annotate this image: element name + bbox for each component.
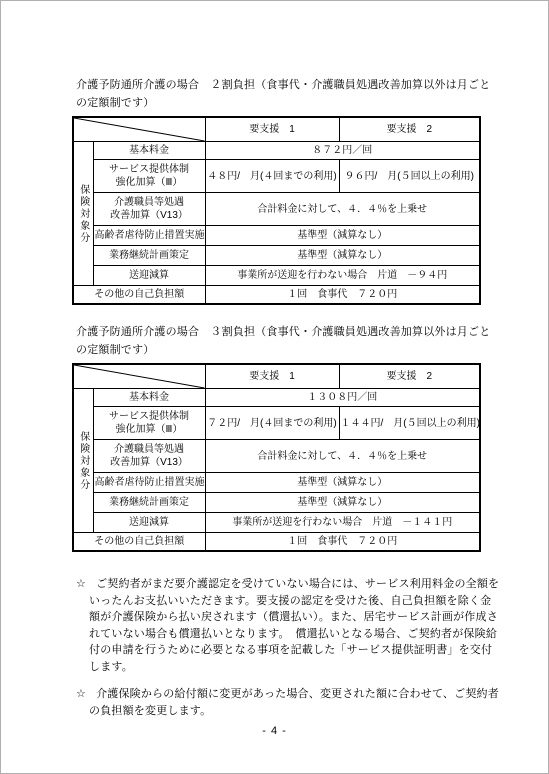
page-number: - 4 -	[1, 725, 548, 737]
row-label-line2: 強化加算（Ⅲ）	[95, 176, 204, 189]
diagonal-line	[74, 365, 205, 388]
row-label-service-kasan: サービス提供体制 強化加算（Ⅲ）	[93, 160, 205, 193]
cell-service-kasan-yoshien2: ９６円/ 月(５回以上の利用)	[339, 160, 480, 193]
col-header-yoshien1: 要支援 1	[205, 364, 339, 389]
star-icon: ☆	[76, 688, 86, 700]
table-row: 介護職員等処遇 改善加算（V13） 合計料金に対して、４．４％を上乗せ	[73, 440, 480, 473]
cell-bcp-value: 基準型（減算なし）	[205, 493, 480, 513]
page-content: 介護予防通所介護の場合 ２割負担（食事代・介護職員処遇改善加算以外は月ごとの定額…	[1, 1, 548, 719]
cell-other-cost-value: １回 食事代 ７２０円	[205, 286, 480, 305]
col-header-yoshien1: 要支援 1	[205, 117, 339, 142]
row-label-service-kasan: サービス提供体制 強化加算（Ⅲ）	[93, 407, 205, 440]
row-label-line1: 介護職員等処遇	[95, 443, 204, 456]
row-label-gyakutai-boushi: 高齢者虐待防止措置実施	[93, 473, 205, 493]
cell-service-kasan-yoshien1: ７２円/ 月(４回までの利用)	[205, 407, 339, 440]
diagonal-line	[74, 118, 205, 141]
fee-table-3wari: 要支援 1 要支援 2 保険対象分 基本料金 １３０８円／回 サービス提供体制 …	[72, 363, 481, 552]
cell-sougei-gensan-value: 事業所が送迎を行わない場合 片道 －９４円	[205, 266, 480, 286]
row-label-other-cost: その他の自己負担額	[73, 533, 205, 552]
footnote-benefit-change: ☆介護保険からの給付額に変更があった場合、変更された額に合わせて、ご契約者の負担…	[76, 686, 500, 719]
row-label-line2: 強化加算（Ⅲ）	[95, 423, 204, 436]
table-row: サービス提供体制 強化加算（Ⅲ） ４８円/ 月(４回までの利用) ９６円/ 月(…	[73, 160, 480, 193]
table-row: 介護職員等処遇 改善加算（V13） 合計料金に対して、４．４％を上乗せ	[73, 193, 480, 226]
side-label-hoken-taishobun: 保険対象分	[73, 389, 93, 533]
table-row: 高齢者虐待防止措置実施 基準型（減算なし）	[73, 226, 480, 246]
diagonal-header-cell	[73, 364, 205, 389]
cell-shoguu-kasan-value: 合計料金に対して、４．４％を上乗せ	[205, 440, 480, 473]
row-label-line1: サービス提供体制	[95, 410, 204, 423]
row-label-sougei-gensan: 送迎減算	[93, 513, 205, 533]
cell-gyakutai-boushi-value: 基準型（減算なし）	[205, 226, 480, 246]
cell-basic-fee-value: ８７２円／回	[205, 142, 480, 160]
footnote-text: ご契約者がまだ要介護認定を受けていない場合には、サービス利用料金の全額をいったん…	[89, 578, 499, 673]
table-row: 業務継続計画策定 基準型（減算なし）	[73, 246, 480, 266]
table-row: 送迎減算 事業所が送迎を行わない場合 片道 －１４１円	[73, 513, 480, 533]
section-title-3wari: 介護予防通所介護の場合 ３割負担（食事代・介護職員処遇改善加算以外は月ごとの定額…	[76, 324, 500, 359]
table-row: その他の自己負担額 １回 食事代 ７２０円	[73, 286, 480, 305]
footnote-refund: ☆ご契約者がまだ要介護認定を受けていない場合には、サービス利用料金の全額をいった…	[76, 576, 500, 675]
row-label-line1: サービス提供体制	[95, 163, 204, 176]
fee-table-2wari: 要支援 1 要支援 2 保険対象分 基本料金 ８７２円／回 サービス提供体制 強…	[72, 116, 481, 305]
table-row: 業務継続計画策定 基準型（減算なし）	[73, 493, 480, 513]
section-title-2wari: 介護予防通所介護の場合 ２割負担（食事代・介護職員処遇改善加算以外は月ごとの定額…	[76, 77, 500, 112]
cell-service-kasan-yoshien1: ４８円/ 月(４回までの利用)	[205, 160, 339, 193]
row-label-shoguu-kasan: 介護職員等処遇 改善加算（V13）	[93, 193, 205, 226]
cell-other-cost-value: １回 食事代 ７２０円	[205, 533, 480, 552]
table-row: サービス提供体制 強化加算（Ⅲ） ７２円/ 月(４回までの利用) １４４円/ 月…	[73, 407, 480, 440]
row-label-bcp: 業務継続計画策定	[93, 493, 205, 513]
footnotes: ☆ご契約者がまだ要介護認定を受けていない場合には、サービス利用料金の全額をいった…	[76, 576, 500, 719]
table-row: 保険対象分 基本料金 ８７２円／回	[73, 142, 480, 160]
col-header-yoshien2: 要支援 2	[339, 117, 480, 142]
row-label-sougei-gensan: 送迎減算	[93, 266, 205, 286]
cell-service-kasan-yoshien2: １４４円/ 月(５回以上の利用)	[339, 407, 480, 440]
row-label-shoguu-kasan: 介護職員等処遇 改善加算（V13）	[93, 440, 205, 473]
row-label-gyakutai-boushi: 高齢者虐待防止措置実施	[93, 226, 205, 246]
table-row: その他の自己負担額 １回 食事代 ７２０円	[73, 533, 480, 552]
document-page: 介護予防通所介護の場合 ２割負担（食事代・介護職員処遇改善加算以外は月ごとの定額…	[0, 0, 549, 774]
diagonal-header-cell	[73, 117, 205, 142]
col-header-yoshien2: 要支援 2	[339, 364, 480, 389]
row-label-line2: 改善加算（V13）	[95, 456, 204, 469]
row-label-basic-fee: 基本料金	[93, 389, 205, 407]
row-label-bcp: 業務継続計画策定	[93, 246, 205, 266]
table-row: 高齢者虐待防止措置実施 基準型（減算なし）	[73, 473, 480, 493]
cell-gyakutai-boushi-value: 基準型（減算なし）	[205, 473, 480, 493]
row-label-line1: 介護職員等処遇	[95, 196, 204, 209]
cell-shoguu-kasan-value: 合計料金に対して、４．４％を上乗せ	[205, 193, 480, 226]
star-icon: ☆	[76, 578, 86, 590]
cell-sougei-gensan-value: 事業所が送迎を行わない場合 片道 －１４１円	[205, 513, 480, 533]
row-label-other-cost: その他の自己負担額	[73, 286, 205, 305]
row-label-line2: 改善加算（V13）	[95, 209, 204, 222]
cell-bcp-value: 基準型（減算なし）	[205, 246, 480, 266]
row-label-basic-fee: 基本料金	[93, 142, 205, 160]
side-label-hoken-taishobun: 保険対象分	[73, 142, 93, 286]
table-row: 要支援 1 要支援 2	[73, 117, 480, 142]
table-row: 要支援 1 要支援 2	[73, 364, 480, 389]
table-row: 保険対象分 基本料金 １３０８円／回	[73, 389, 480, 407]
table-row: 送迎減算 事業所が送迎を行わない場合 片道 －９４円	[73, 266, 480, 286]
cell-basic-fee-value: １３０８円／回	[205, 389, 480, 407]
footnote-text: 介護保険からの給付額に変更があった場合、変更された額に合わせて、ご契約者の負担額…	[89, 688, 499, 717]
